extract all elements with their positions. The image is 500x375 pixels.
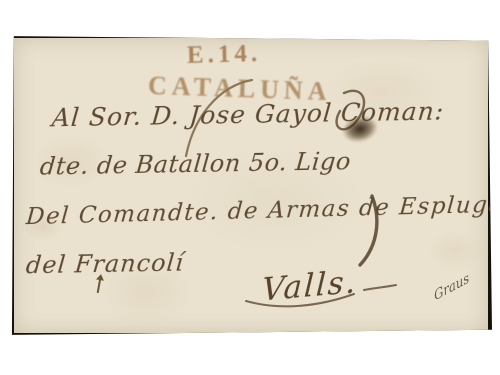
photo-background: E.14. CATALUÑA Al Sor. D. Jose Gayol Com…: [0, 0, 500, 375]
address-line2: dte. de Batallon 5o. Ligo: [39, 147, 352, 180]
address-line1: Al Sor. D. Jose Gayol Coman:: [51, 97, 446, 133]
postal-cover-paper: E.14. CATALUÑA Al Sor. D. Jose Gayol Com…: [14, 38, 488, 333]
ink-tick-arrowhead: [96, 273, 105, 280]
ink-tick-mark: [97, 278, 102, 293]
address-line4: del Francolí: [25, 249, 185, 280]
destination-name: Valls.: [261, 264, 358, 309]
postal-cover-edge: E.14. CATALUÑA Al Sor. D. Jose Gayol Com…: [10, 34, 492, 337]
expert-signature-mark: Graus: [433, 270, 471, 304]
address-line3: Del Comandte. de Armas de Espluga: [25, 192, 500, 231]
postmark-line1: E.14.: [164, 39, 285, 70]
